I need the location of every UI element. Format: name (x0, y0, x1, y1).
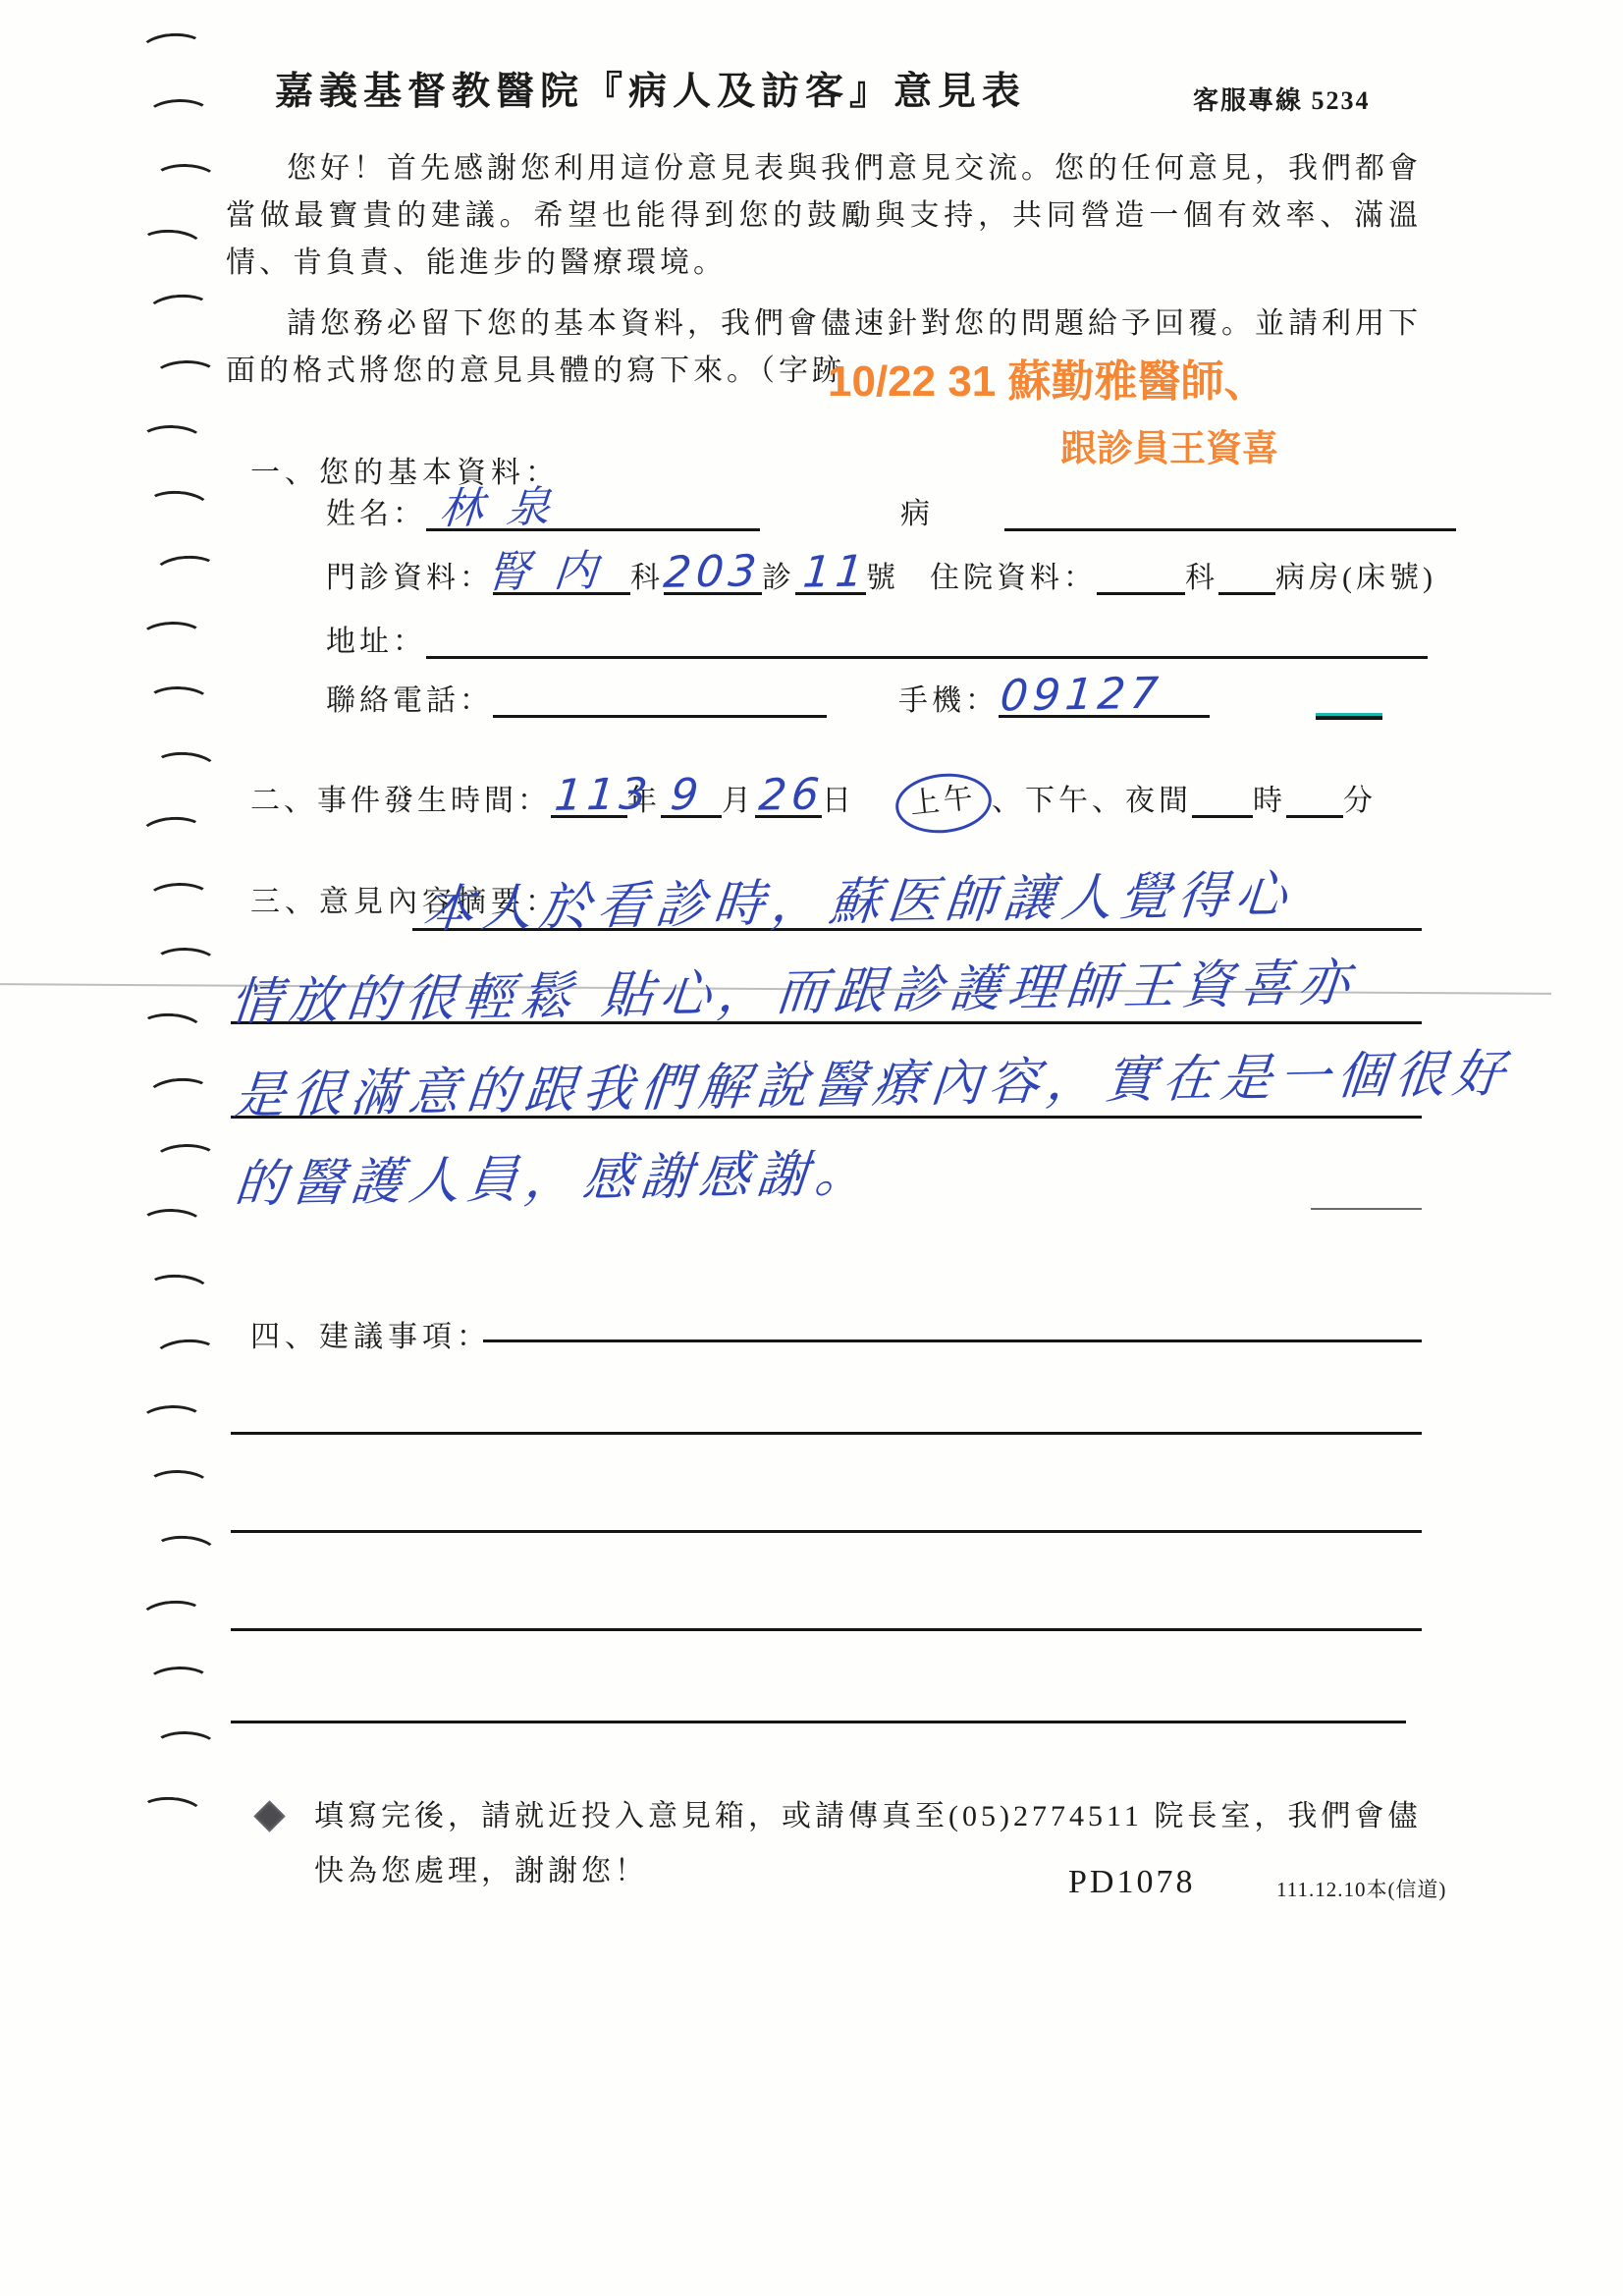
binding-mark (147, 685, 211, 717)
clinic-dept-handwriting: 腎 内 (485, 548, 604, 597)
phone-label: 聯絡電話： (326, 684, 493, 717)
dept-unit-label: 科 (630, 562, 664, 594)
suggestion-rule-3 (231, 1530, 1422, 1533)
binding-mark (139, 1794, 204, 1829)
scan-artifact-line (1316, 716, 1382, 720)
clinic-number-handwriting: 11 (801, 548, 870, 596)
room-unit-label: 診 (762, 562, 795, 594)
binding-mark (153, 554, 218, 588)
mobile-label: 手機： (898, 684, 999, 717)
hotline-label: 客服專線 5234 (1193, 81, 1371, 117)
binding-mark (154, 1143, 218, 1175)
annotation-line-2: 跟診員王資喜 (1060, 418, 1278, 471)
clinic-label: 門診資料： (326, 562, 493, 594)
clinic-number-blank: 11 (795, 555, 866, 595)
comment-line-2: 情放的很輕鬆 貼心，而跟診護理師王資喜亦 (228, 941, 1360, 1034)
comment-line-1: 本人於看診時，蘇医師讓人覺得心 (420, 852, 1297, 941)
section-2-heading: 二、事件發生時間： (250, 785, 551, 817)
year-blank: 113 (551, 778, 627, 818)
binding-mark (154, 359, 218, 391)
name-label: 姓名： (326, 498, 426, 530)
binding-mark (140, 424, 204, 456)
section-4-heading: 四、建議事項： (250, 1312, 491, 1355)
binding-mark (139, 1011, 204, 1045)
binding-mark (139, 815, 204, 849)
comment-rule-4 (1311, 1208, 1422, 1210)
mobile-handwriting: 09127 (999, 671, 1164, 721)
form-code: PD1078 (1068, 1864, 1195, 1901)
suggestion-rule-2 (231, 1432, 1422, 1435)
footer-note-line-1: 填寫完後，請就近投入意見箱，或請傳真至(05)2774511 院長室，我們會儘 (314, 1793, 1421, 1840)
binding-mark (154, 1730, 218, 1762)
month-blank: 9 (661, 778, 722, 818)
name-blank: 林 泉 (426, 491, 760, 531)
binding-mark (139, 227, 204, 261)
binding-mark (154, 947, 218, 978)
day-handwriting: 26 (757, 771, 826, 819)
clinic-dept-blank: 腎 内 (493, 555, 630, 595)
binding-mark (153, 1533, 218, 1567)
comment-line-3: 是很滿意的跟我們解說醫療內容，實在是一個很好 (232, 1032, 1515, 1128)
clinic-room-handwriting: 203 (662, 548, 763, 597)
number-unit-label: 號 (866, 562, 899, 594)
binding-mark (147, 98, 211, 130)
year-handwriting: 113 (553, 771, 654, 820)
month-unit-label: 月 (722, 785, 755, 817)
binding-mark (154, 163, 218, 194)
binding-mark (146, 1076, 211, 1111)
edition-label: 111.12.10本(信道) (1276, 1874, 1446, 1903)
binding-mark (140, 1208, 204, 1239)
scanned-feedback-form: 嘉義基督教醫院『病人及訪客』意見表 客服專線 5234 您好！首先感謝您利用這份… (0, 0, 1623, 2296)
minute-unit-label: 分 (1343, 785, 1377, 817)
binding-mark (147, 1666, 211, 1697)
suggestion-rule-5 (231, 1721, 1406, 1723)
binding-mark (146, 1272, 211, 1306)
binding-mark (147, 1469, 211, 1501)
name-row: 姓名：林 泉 病 (326, 491, 1456, 538)
diamond-bullet-icon (253, 1800, 286, 1832)
binding-mark (140, 621, 204, 652)
period-morning-circled: 上午 (893, 769, 995, 838)
binding-mark (146, 488, 211, 522)
binding-mark (153, 749, 218, 784)
suggestion-rule-4 (231, 1628, 1422, 1631)
clinic-room-blank: 203 (664, 555, 762, 595)
hour-unit-label: 時 (1253, 785, 1286, 817)
month-handwriting: 9 (669, 772, 705, 820)
day-blank: 26 (755, 778, 822, 818)
day-unit-label: 日 (822, 785, 855, 817)
minute-blank (1286, 778, 1343, 818)
inpatient-ward-blank (1218, 555, 1275, 595)
phone-row: 聯絡電話： 手機：09127 (326, 678, 1210, 725)
inpatient-dept-unit: 科 (1185, 562, 1218, 594)
form-title: 嘉義基督教醫院『病人及訪客』意見表 (275, 61, 1026, 116)
record-label-fragment: 病 (900, 498, 934, 530)
address-row: 地址： (326, 619, 1428, 666)
mobile-blank: 09127 (999, 678, 1210, 718)
intro-paragraph-1: 您好！首先感謝您利用這份意見表與我們意見交流。您的任何意見，我們都會當做最寶貴的… (226, 145, 1422, 287)
inpatient-ward-label: 病房(床號) (1275, 562, 1436, 594)
comment-line-4: 的醫護人員，感謝感謝。 (232, 1131, 877, 1216)
clinic-row: 門診資料：腎 内科203診11號 住院資料：科病房(床號) (326, 555, 1436, 602)
period-rest-label: 、下午、夜間 (992, 785, 1192, 817)
address-blank (426, 619, 1428, 659)
binding-mark (147, 882, 211, 913)
inpatient-dept-blank (1097, 555, 1185, 595)
footer-note-line-2: 快為您處理，謝謝您！ (314, 1848, 648, 1895)
name-handwriting: 林 泉 (438, 484, 557, 533)
binding-mark (139, 31, 204, 66)
phone-blank (493, 678, 827, 718)
binding-mark (146, 293, 211, 327)
address-label: 地址： (326, 626, 426, 658)
inpatient-label: 住院資料： (930, 562, 1097, 594)
binding-mark (140, 1404, 204, 1436)
record-blank (1004, 491, 1456, 531)
section-2-row: 二、事件發生時間：113年9月26日 上午、下午、夜間時分 (250, 774, 1377, 833)
hour-blank (1192, 778, 1253, 818)
suggestion-rule-1 (483, 1339, 1422, 1342)
binding-mark (139, 1599, 204, 1633)
annotation-line-1: 10/22 31 蘇勤雅醫師、 (828, 346, 1268, 409)
binding-mark (153, 1338, 218, 1372)
